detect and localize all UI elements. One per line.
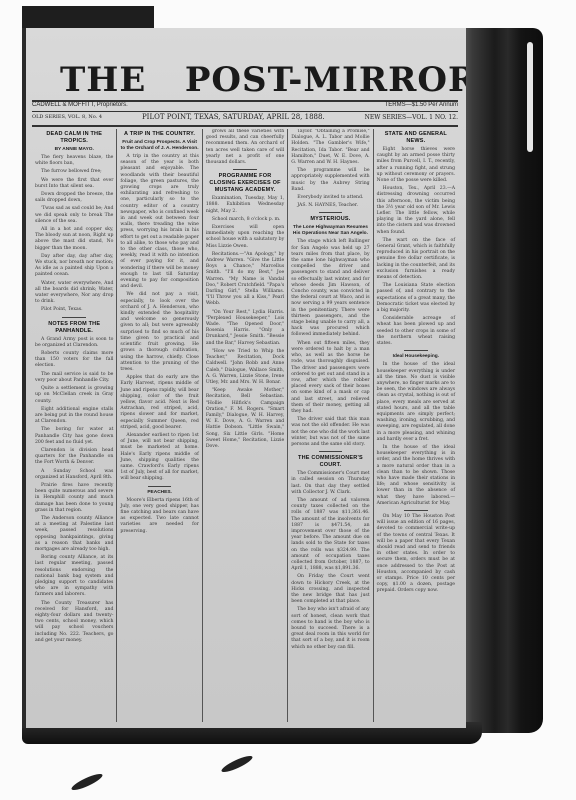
article-paragraph: Clarendon is division head quarters for … bbox=[35, 448, 113, 467]
article-columns: DEAD CALM IN THE TROPICS.BY ANNIE MAYO.T… bbox=[32, 129, 458, 722]
article-paragraph: Roberts county claims more than 150 vote… bbox=[35, 351, 113, 370]
article-paragraph: Considerable acreage of wheat has been p… bbox=[377, 316, 455, 347]
article-paragraph: On May 10 The Houston Post will issue an… bbox=[377, 514, 455, 595]
column-5: STATE AND GENERAL NEWS.Eight horse thiev… bbox=[374, 129, 458, 722]
article-paragraph: Apples that do early are the Early Harve… bbox=[120, 375, 198, 431]
article-paragraph: In the house of the ideal housekeeper ev… bbox=[377, 362, 455, 443]
article-paragraph: A Sunday School was organized at Hansfor… bbox=[35, 469, 113, 481]
newspaper-page: THE POST-MIRROR. CADWELL & MOFFITT, Prop… bbox=[22, 28, 466, 728]
section-divider bbox=[404, 510, 428, 511]
article-paragraph: JAS. N. HAYNES, Teacher. bbox=[291, 203, 369, 209]
article-paragraph: The programme will be appropriately supp… bbox=[291, 168, 369, 193]
article-subheadline: The Lone Highwayman Resumes His Operatio… bbox=[291, 225, 369, 237]
article-paragraph: We did not pay a visit, especially, to l… bbox=[120, 292, 198, 373]
article-headline: PROGRAMME FOR CLOSING EXERCISES OF MUSTA… bbox=[206, 173, 284, 194]
section-divider bbox=[62, 317, 86, 318]
article-paragraph: The boring for water at Panhandle City h… bbox=[35, 427, 113, 446]
article-paragraph: Houston, Tex., April 23.—A distressing d… bbox=[377, 186, 455, 236]
article-paragraph: The mail service is said to be very poor… bbox=[35, 372, 113, 384]
article-paragraph: School march, 8 o'clock p. m. bbox=[206, 217, 284, 223]
scan-backdrop bbox=[22, 6, 154, 30]
article-paragraph: "Keep Awake Mother," Recitation, Bell Se… bbox=[206, 388, 284, 450]
article-paragraph: The driver said that this man was not th… bbox=[291, 417, 369, 448]
article-subheadline: Ideal Housekeeping. bbox=[377, 354, 455, 360]
column-3: grows all these varieties with good resu… bbox=[203, 129, 288, 722]
article-paragraph: In the house of the ideal housekeeper ev… bbox=[377, 445, 455, 507]
article-paragraph: Taylor. "Obtaining a Promise," Dialogue,… bbox=[291, 129, 369, 166]
column-2: A TRIP IN THE COUNTRY.Fruit and Crop Pro… bbox=[117, 129, 202, 722]
debris-mark bbox=[220, 753, 254, 775]
article-paragraph: Pilot Point, Texas. bbox=[35, 307, 113, 313]
article-paragraph: We were the first that ever burst Into t… bbox=[35, 178, 113, 190]
article-paragraph: "On Your Rest," Lydia Harris. "Perplexed… bbox=[206, 310, 284, 347]
article-headline: MYSTERIOUS. bbox=[291, 216, 369, 223]
article-paragraph: The stage which left Ballinger for San A… bbox=[291, 239, 369, 338]
binding-highlight bbox=[527, 42, 533, 152]
article-paragraph: The amount of ad valorem county taxes co… bbox=[291, 498, 369, 572]
article-paragraph: The fiery heavens blaze, the white floor… bbox=[35, 155, 113, 167]
article-paragraph: Alexander earliest to ripen 1st of June,… bbox=[120, 433, 198, 483]
column-4: Taylor. "Obtaining a Promise," Dialogue,… bbox=[288, 129, 373, 722]
article-paragraph: A Grand Army post is soon to be organize… bbox=[35, 337, 113, 349]
article-paragraph: Everybody invited to attend. bbox=[291, 195, 369, 201]
masthead-title: THE POST-MIRROR. bbox=[60, 60, 460, 100]
masthead-rule bbox=[32, 111, 458, 112]
article-paragraph: 'Twas sad as sad could be; And we did sp… bbox=[35, 206, 113, 225]
article-paragraph: Moore's Elberta ripens 16th of July, one… bbox=[120, 498, 198, 535]
dateline-row: OLD SERIES, VOL. 8, No. 4 PILOT POINT, T… bbox=[32, 113, 458, 121]
article-paragraph: A trip in the country at this season of … bbox=[120, 154, 198, 290]
article-headline: DEAD CALM IN THE TROPICS. bbox=[35, 131, 113, 145]
article-paragraph: All in a hot and copper sky, The bloody … bbox=[35, 227, 113, 252]
article-paragraph: The Louisiana State election passed of, … bbox=[377, 283, 455, 314]
article-paragraph: Prairie fires have recently been quite n… bbox=[35, 483, 113, 514]
article-paragraph: grows all these varieties with good resu… bbox=[206, 129, 284, 166]
terms-label: TERMS—$1.50 Per Annum bbox=[385, 102, 458, 108]
article-paragraph: "How we Tried to Whip the Teacher," Reci… bbox=[206, 349, 284, 386]
debris-mark bbox=[70, 771, 104, 793]
section-divider bbox=[233, 169, 257, 170]
old-series-label: OLD SERIES, VOL. 8, No. 4 bbox=[32, 114, 102, 120]
article-paragraph: Eight horse thieves were caught by an ar… bbox=[377, 147, 455, 184]
section-divider bbox=[148, 486, 172, 487]
article-headline: Notes From the Panhandle. bbox=[35, 321, 113, 335]
article-paragraph: Exercises will open immediately upon rea… bbox=[206, 225, 284, 250]
article-paragraph: The boy who isn't afraid of any sort of … bbox=[291, 607, 369, 650]
section-divider bbox=[404, 350, 428, 351]
article-headline: STATE AND GENERAL NEWS. bbox=[377, 131, 455, 145]
proprietors-label: CADWELL & MOFFITT, Proprietors. bbox=[32, 102, 128, 108]
column-1: DEAD CALM IN THE TROPICS.BY ANNIE MAYO.T… bbox=[32, 129, 117, 722]
article-paragraph: The furrow bellowed free; bbox=[35, 169, 113, 175]
article-paragraph: Quite a settlement is growing up on McCl… bbox=[35, 386, 113, 405]
section-divider bbox=[319, 212, 343, 213]
article-paragraph: Down dropped the breeze, the sails dropp… bbox=[35, 192, 113, 204]
article-paragraph: On Friday the Court went down to Hickory… bbox=[291, 574, 369, 605]
article-paragraph: Day after day, day after day, We stuck, … bbox=[35, 254, 113, 279]
article-paragraph: When out fifteen miles, they were ordere… bbox=[291, 341, 369, 415]
masthead-rule bbox=[32, 125, 458, 127]
article-headline: A TRIP IN THE COUNTRY. bbox=[120, 131, 198, 138]
article-paragraph: The Anderson county Alliance at a meetin… bbox=[35, 516, 113, 553]
article-paragraph: Boring county Alliance, at its last regu… bbox=[35, 555, 113, 598]
article-paragraph: The Commissioner's Court met in called s… bbox=[291, 471, 369, 496]
dateline: PILOT POINT, TEXAS, SATURDAY, APRIL 28, … bbox=[142, 113, 325, 121]
new-series-label: NEW SERIES—VOL. 1 NO. 12. bbox=[365, 114, 458, 121]
article-subheadline: PEACHES. bbox=[120, 490, 198, 496]
article-paragraph: The wart on the face of General Grant, w… bbox=[377, 238, 455, 281]
section-divider bbox=[319, 451, 343, 452]
article-headline: The Commissioner's Court. bbox=[291, 455, 369, 469]
masthead-info-row: CADWELL & MOFFITT, Proprietors. TERMS—$1… bbox=[32, 102, 458, 108]
article-paragraph: Water, water everywhere, And all the boa… bbox=[35, 281, 113, 306]
article-paragraph: Examination, Tuesday, May 1, 1888. Exhib… bbox=[206, 196, 284, 215]
article-subheadline: BY ANNIE MAYO. bbox=[35, 147, 113, 153]
article-paragraph: Recitations.—"An Apology," by Andrew War… bbox=[206, 252, 284, 308]
article-subheadline: Fruit and Crop Prospects. A Visit to the… bbox=[120, 140, 198, 152]
article-paragraph: The County Treasurer has received for Ha… bbox=[35, 601, 113, 644]
article-paragraph: Eight additional engine stalls are being… bbox=[35, 407, 113, 426]
volume-binding bbox=[455, 28, 543, 733]
